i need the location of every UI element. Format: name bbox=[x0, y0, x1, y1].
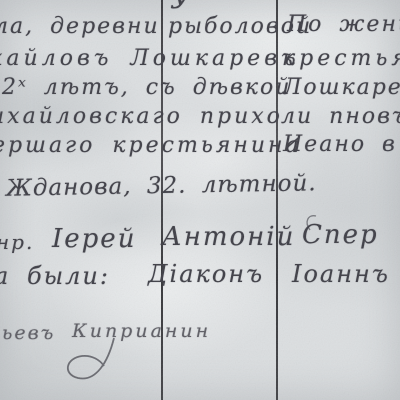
handwritten-line-segment: Іоаннъ bbox=[292, 262, 390, 286]
handwritten-line-segment: 32ˣ лѣтъ, съ дѣвкой bbox=[0, 77, 291, 99]
handwritten-line-segment: По жени bbox=[287, 14, 400, 36]
handwritten-line-segment: Лошкарев bbox=[283, 77, 400, 99]
handwritten-line-segment: Киприанин bbox=[72, 322, 211, 341]
handwritten-line-segment: Иеано в bbox=[283, 134, 397, 156]
handwritten-line-segment: ли пновъ bbox=[281, 106, 400, 128]
handwritten-line-segment: нр. bbox=[0, 232, 34, 252]
cut-off-stroke-top: у bbox=[172, 0, 191, 8]
handwritten-line-segment: хайловъ Лошкаревъ bbox=[0, 48, 300, 70]
manuscript-page: у ла, деревни рыболовой По жени хайловъ … bbox=[0, 0, 400, 400]
handwritten-line-segment: ьевъ bbox=[2, 324, 55, 343]
handwritten-line-segment: Діаконъ bbox=[148, 262, 264, 286]
handwritten-line-segment: Жданова, 32. лѣтной. bbox=[6, 172, 317, 200]
handwritten-line-segment: ла, деревни bbox=[0, 16, 160, 38]
handwritten-line-segment: ершаго крестьянина bbox=[0, 135, 302, 157]
handwritten-line-segment: а были: bbox=[0, 264, 110, 288]
handwritten-line-segment: ихайловскаго прихо bbox=[0, 106, 283, 128]
handwritten-line-segment: крестьян bbox=[282, 48, 400, 70]
handwritten-line-segment: Іерей bbox=[52, 226, 136, 252]
handwritten-line-segment: Антоній bbox=[162, 224, 295, 250]
handwritten-line-segment: Спер bbox=[302, 222, 379, 248]
